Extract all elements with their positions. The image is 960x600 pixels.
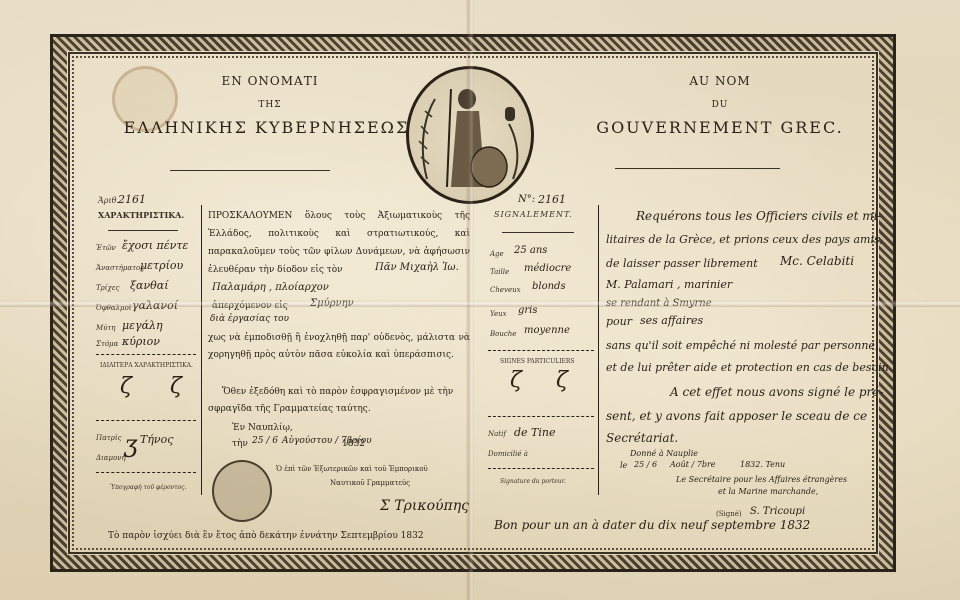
divider <box>96 354 196 355</box>
special-mark: ζ <box>170 374 182 399</box>
brace-mark: ʒ <box>124 430 138 458</box>
fr-line-11: Secrétariat. <box>606 426 678 450</box>
greek-year: 1832 <box>342 434 365 454</box>
fr-domicile-label: Domicilié à <box>488 450 528 458</box>
fr-line-3: de laisser passer librement <box>606 252 758 276</box>
fr-field-label-hair: Cheveux <box>490 286 521 294</box>
fr-field-label-mouth: Bouche <box>490 330 516 338</box>
fr-field-value-hair: blonds <box>532 281 566 292</box>
fr-field-label-height: Taille <box>490 268 509 276</box>
fr-hand-name: Mc. Celabiti <box>780 254 854 268</box>
fr-bearer-signature-label: Signature du porteur. <box>500 478 566 485</box>
signalement-title: SIGNALEMENT. <box>494 210 573 219</box>
greek-paragraph-3: Ὅθεν ἐξεδόθη καὶ τὸ παρὸν ἐσφραγισμένον … <box>208 384 470 418</box>
fr-line-10: sent, et y avons fait apposer le sceau d… <box>606 404 867 428</box>
wax-seal-stamp-icon <box>212 460 272 522</box>
field-value-age: ἔχοσι πέντε <box>122 239 188 252</box>
greek-header-line3: ΕΛΛΗΝΙΚΗΣ ΚΥΒΕΡΝΗΣΕΩΣ. <box>100 118 440 137</box>
greek-validity: Τὸ παρὸν ἰσχύει διὰ ἓν ἔτος ἀπὸ δεκάτην … <box>108 526 488 546</box>
french-header-rule <box>615 168 780 169</box>
divider <box>96 472 196 473</box>
characteristics-title: ΧΑΡΑΚΤΗΡΙΣΤΙΚΑ. <box>98 210 184 220</box>
french-header-line3: GOUVERNEMENT GREC. <box>540 118 900 137</box>
special-mark: ζ <box>510 368 522 393</box>
fr-field-value-height: médiocre <box>524 263 571 274</box>
field-value-height: μετρίου <box>140 259 183 272</box>
field-label-nose: Μύτη <box>96 324 116 332</box>
fr-line-2: litaires de la Grèce, et prions ceux des… <box>606 228 883 252</box>
divider <box>488 468 594 469</box>
fr-number-value: 2161 <box>538 193 566 206</box>
fr-line-1: Requérons tous les Officiers civils et m… <box>636 204 882 228</box>
fr-line-6-print: pour <box>606 310 632 334</box>
special-marks-title: ΙΔΙΑΙΤΕΡΑ ΧΑΡΑΚΤΗΡΙΣΤΙΚΑ. <box>100 362 193 369</box>
greek-date-prefix: τὴν <box>232 434 248 454</box>
greek-signature: Σ Τρικούπης <box>380 498 469 514</box>
homeland-label: Πατρὶς <box>96 434 121 442</box>
greek-purpose: διὰ ἐργασίας του <box>210 314 289 324</box>
number-label: Ἀριθ. <box>98 196 119 205</box>
field-label-mouth: Στόμα <box>96 340 118 348</box>
field-label-hair: Τρίχες <box>96 284 119 292</box>
fr-number-label: N°: <box>518 194 535 205</box>
fr-given-at: Donné à Nauplie <box>630 448 698 460</box>
greek-header-rule <box>170 170 330 171</box>
fr-date-day: 25 / 6 <box>634 460 657 469</box>
greek-signatory-line1: Ὁ ἐπὶ τῶν Ἐξωτερικῶν καὶ τοῦ Ἐμπορικοῦ <box>276 462 428 476</box>
greek-header-line1: ΕΝ ΟΝΟΜΑΤΙ <box>120 74 420 88</box>
field-label-height: Ἀναστήματος <box>96 264 144 272</box>
field-value-hair: ξανθαί <box>130 279 169 292</box>
special-mark: ζ <box>120 374 132 399</box>
fr-hand-surname: M. Palamari , marinier <box>606 278 732 291</box>
special-mark: ζ <box>556 368 568 393</box>
fr-native-value: de Tine <box>514 426 556 439</box>
greek-hand-name: Πᾶν Μιχαὴλ Ἰω. <box>375 262 459 273</box>
fr-native-label: Natif <box>488 430 506 438</box>
fr-field-label-eyes: Yeux <box>490 310 507 318</box>
fr-signature: S. Tricoupi <box>750 506 805 517</box>
field-value-nose: μεγάλη <box>122 319 163 332</box>
divider <box>96 420 196 421</box>
greek-signatory-line2: Ναυτικοῦ Γραμματεύς <box>330 476 410 490</box>
fr-signed-label: (Signé) <box>716 510 742 518</box>
fr-line-8: et de lui prêter aide et protection en c… <box>606 356 892 380</box>
fr-validity: Bon pour un an à dater du dix neuf septe… <box>494 518 810 532</box>
fr-field-label-age: Age <box>490 250 504 258</box>
fr-date-prefix: le <box>620 460 627 472</box>
column-divider <box>598 205 599 495</box>
greek-paragraph-2: χως νὰ ἐμποδισθῇ ἢ ἐνοχληθῇ παρ' οὐδενὸς… <box>208 330 470 364</box>
divider <box>488 416 594 417</box>
fr-signatory-line1: Le Secrétaire pour les Affaires étrangèr… <box>676 474 847 486</box>
fr-line-9: A cet effet nous avons signé le pré- <box>670 380 883 404</box>
fr-year: 1832. Tenu <box>740 460 785 469</box>
fr-field-value-mouth: moyenne <box>524 325 570 336</box>
fr-signatory-line2: et la Marine marchande, <box>718 486 818 498</box>
greek-header-line2: ΤΗΣ <box>120 100 420 110</box>
characteristics-rule <box>108 230 178 231</box>
french-header-line2: DU <box>560 100 880 110</box>
field-label-age: Ἐτῶν <box>96 244 116 252</box>
residence-label: Διαμονὴ <box>96 454 126 462</box>
number-value: 2161 <box>118 193 146 206</box>
fr-hand-purpose: ses affaires <box>640 314 703 327</box>
signalement-rule <box>502 232 574 233</box>
fr-date-month: Août / 7bre <box>670 460 716 469</box>
divider <box>488 350 594 351</box>
horizontal-fold-crease <box>0 300 960 307</box>
bearer-signature-label: Ὑπογραφὴ τοῦ φέροντος. <box>110 484 186 491</box>
column-divider <box>201 205 202 495</box>
homeland-value: Τήνος <box>140 433 173 446</box>
fr-special-marks-title: SIGNES PARTICULIERS <box>500 358 575 365</box>
french-header-line1: AU NOM <box>560 74 880 88</box>
greek-date-day: 25 / 6 <box>252 436 278 446</box>
fr-line-7: sans qu'il soit empêché ni molesté par p… <box>606 334 878 358</box>
field-value-mouth: κύριον <box>122 335 160 348</box>
fr-field-value-age: 25 ans <box>514 245 547 256</box>
greek-hand-surname: Παλαμάρη , πλοίαρχον <box>212 282 329 293</box>
